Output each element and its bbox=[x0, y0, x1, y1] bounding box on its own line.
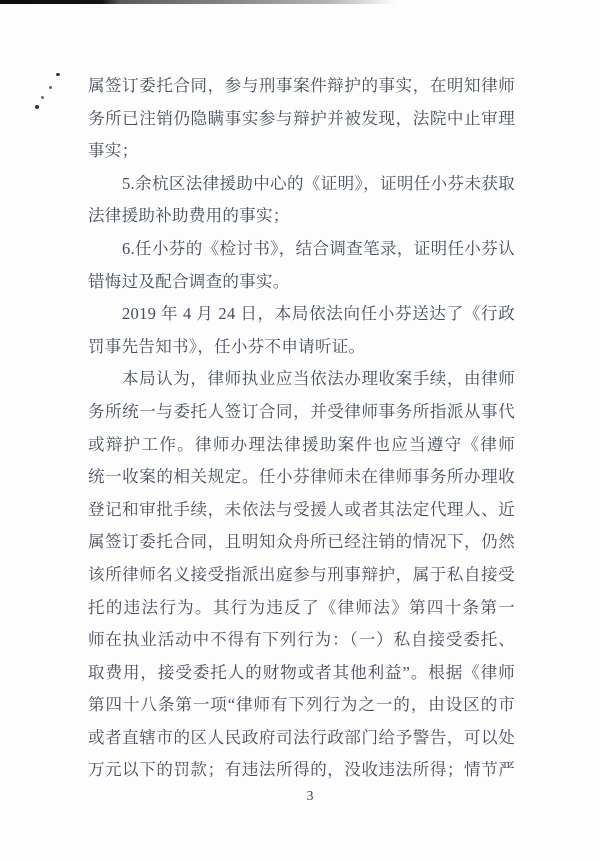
text-line: 罚事先告知书》，任小芬不申请听证。 bbox=[88, 331, 515, 364]
text-line: 登记和审批手续，未依法与受援人或者其法定代理人、近亲 bbox=[88, 494, 515, 527]
toner-speck bbox=[49, 86, 52, 89]
text-line: 属签订委托合同，且明知众舟所已经注销的情况下，仍然以 bbox=[88, 526, 515, 559]
toner-speck bbox=[41, 96, 44, 99]
text-line: 或辩护工作。律师办理法律援助案件也应当遵守《律师法》 bbox=[88, 429, 515, 462]
text-line: 师在执业活动中不得有下列行为：（一）私自接受委托、收 bbox=[88, 624, 515, 657]
toner-speck bbox=[56, 73, 60, 76]
text-line: 法律援助补助费用的事实； bbox=[88, 200, 515, 233]
text-line: 错悔过及配合调查的事实。 bbox=[88, 266, 515, 299]
text-line: 6.任小芬的《检讨书》，结合调查笔录，证明任小芬认 bbox=[88, 233, 515, 266]
toner-speck bbox=[35, 105, 39, 109]
text-line: 务所统一与委托人签订合同，并受律师事务所指派从事代理 bbox=[88, 396, 515, 429]
text-line: 属签订委托合同，参与刑事案件辩护的事实，在明知律师事 bbox=[88, 70, 515, 103]
text-line: 5.余杭区法律援助中心的《证明》，证明任小芬未获取 bbox=[88, 168, 515, 201]
text-line: 务所已注销仍隐瞒事实参与辩护并被发现，法院中止审理的 bbox=[88, 103, 515, 136]
text-line: 或者直辖市的区人民政府司法行政部门给予警告，可以处一 bbox=[88, 722, 515, 755]
text-line: 2019 年 4 月 24 日，本局依法向任小芬送达了《行政处 bbox=[88, 298, 515, 331]
text-line: 本局认为，律师执业应当依法办理收案手续，由律师事 bbox=[88, 363, 515, 396]
text-line: 第四十八条第一项“律师有下列行为之一的，由设区的市级 bbox=[88, 689, 515, 722]
text-line: 事实； bbox=[88, 135, 515, 168]
text-line: 托的违法行为。其行为违反了《律师法》第四十条第一项“律 bbox=[88, 592, 515, 625]
text-line: 统一收案的相关规定。任小芬律师未在律师事务所办理收案 bbox=[88, 461, 515, 494]
text-line: 取费用，接受委托人的财物或者其他利益”。根据《律师法》 bbox=[88, 657, 515, 690]
document-body-text: 属签订委托合同，参与刑事案件辩护的事实，在明知律师事务所已注销仍隐瞒事实参与辩护… bbox=[88, 70, 515, 787]
text-line: 万元以下的罚款；有违法所得的，没收违法所得；情节严重 bbox=[88, 754, 515, 787]
page-number: 3 bbox=[0, 789, 600, 805]
scan-artifact-top-edge bbox=[0, 0, 600, 4]
text-line: 该所律师名义接受指派出庭参与刑事辩护，属于私自接受委 bbox=[88, 559, 515, 592]
scanned-document-page: 属签订委托合同，参与刑事案件辩护的事实，在明知律师事务所已注销仍隐瞒事实参与辩护… bbox=[0, 0, 600, 861]
